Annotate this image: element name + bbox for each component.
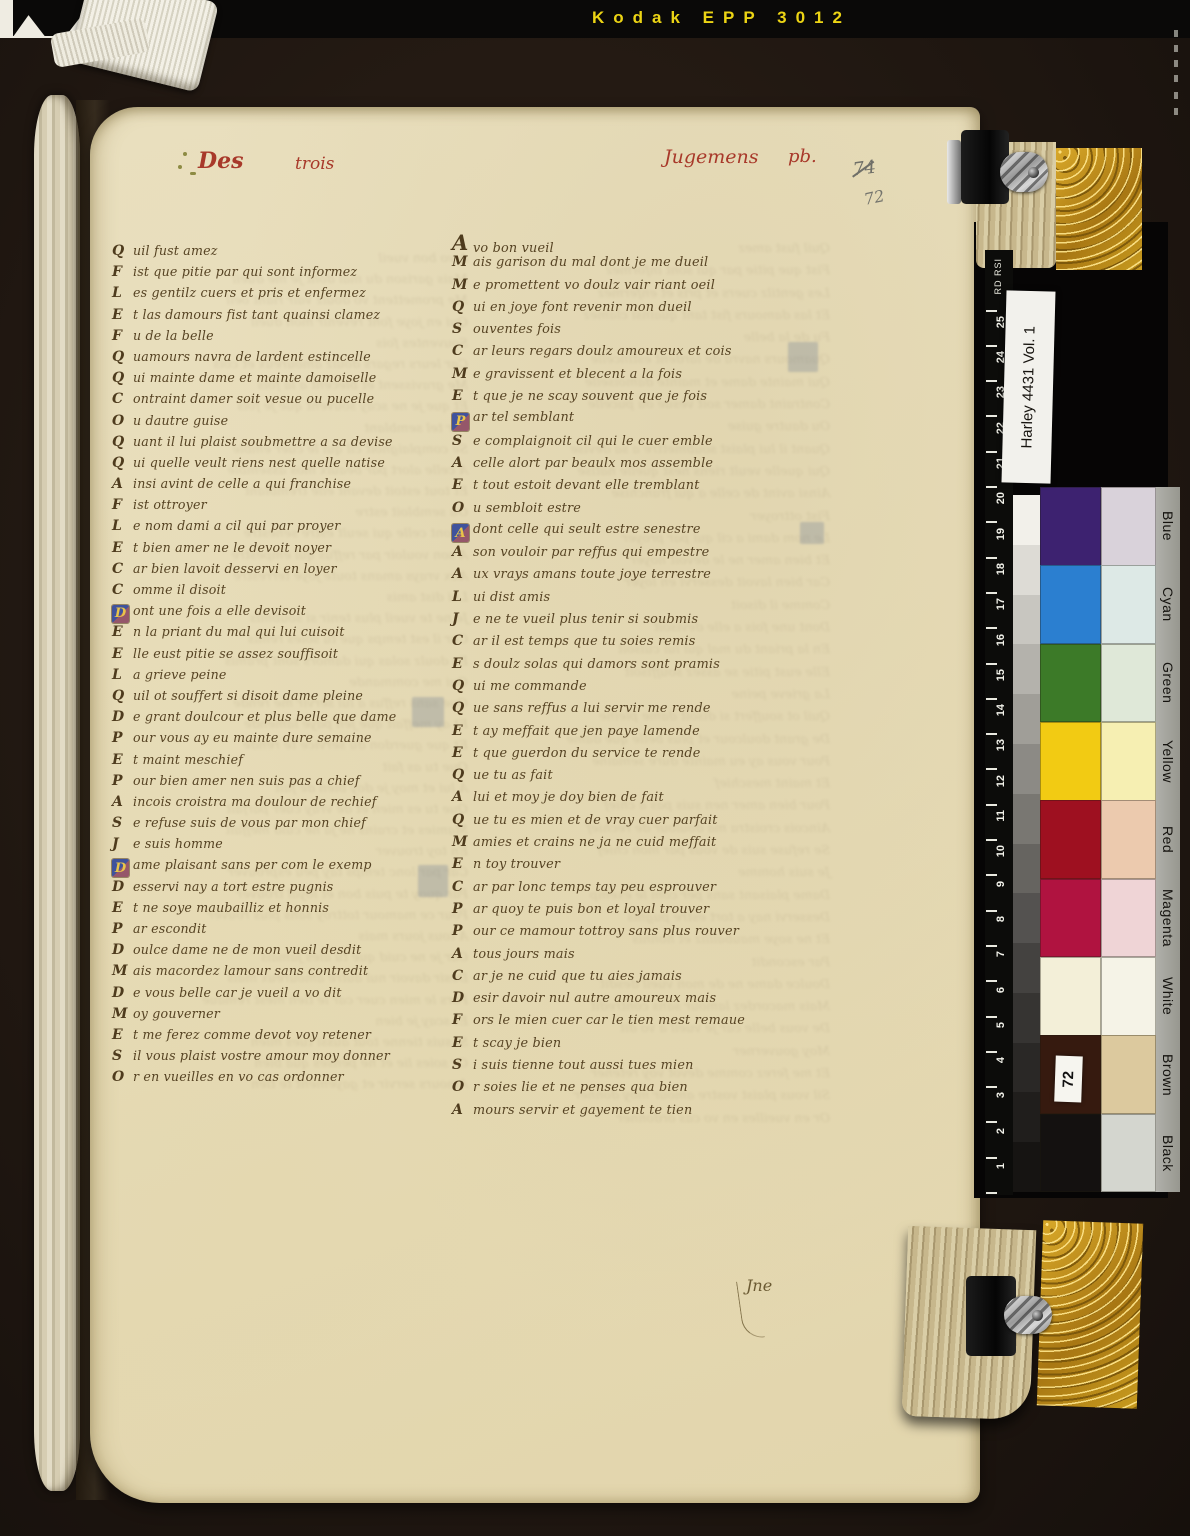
ruler-number: 8 bbox=[995, 916, 1007, 922]
manuscript-line: Elle eust pitie se assez souffisoit bbox=[112, 646, 472, 667]
manuscript-line: Par tel semblant bbox=[452, 410, 832, 432]
line-text: ist que pitie par qui sont informez bbox=[133, 264, 357, 279]
line-text: e promettent vo doulz vair riant oeil bbox=[473, 278, 715, 293]
line-text: ui en joye font revenir mon dueil bbox=[473, 300, 692, 315]
ruler-number: 13 bbox=[995, 739, 1007, 751]
ruler-number: 16 bbox=[995, 634, 1007, 646]
line-text: ais macordez lamour sans contredit bbox=[133, 963, 368, 978]
color-patch-pale-red bbox=[1101, 800, 1156, 879]
line-initial: F bbox=[112, 497, 133, 513]
manuscript-line: Car par lonc temps tay peu esprouver bbox=[452, 879, 832, 901]
line-initial: Q bbox=[452, 812, 473, 828]
pen-trial-dot bbox=[183, 152, 187, 156]
color-label-brown: Brown bbox=[1156, 1035, 1180, 1114]
line-text: t las damours fist tant quainsi clamez bbox=[133, 307, 380, 322]
line-initial: A bbox=[452, 544, 473, 560]
line-text: u sembloit estre bbox=[473, 501, 581, 516]
color-patch-solid-red bbox=[1040, 800, 1101, 879]
ruler-number: 20 bbox=[995, 492, 1007, 504]
line-initial: F bbox=[112, 328, 133, 344]
pen-trial-dot bbox=[190, 172, 196, 175]
line-initial: E bbox=[112, 646, 133, 662]
line-text: e nom dami a cil qui par proyer bbox=[133, 518, 341, 533]
color-patch-solid-cyan bbox=[1040, 565, 1101, 644]
color-chart-label-column: BlueCyanGreenYellowRedMagentaWhiteBrownB… bbox=[1156, 487, 1180, 1192]
line-text: ar bien lavoit desservi en loyer bbox=[133, 561, 337, 576]
ruler-tick bbox=[986, 627, 997, 629]
line-initial: Q bbox=[112, 434, 133, 450]
grayscale-step bbox=[1013, 495, 1040, 545]
color-label-green: Green bbox=[1156, 644, 1180, 723]
manuscript-line: Et que guerdon du service te rende bbox=[452, 745, 832, 767]
line-initial: P bbox=[112, 921, 133, 937]
grayscale-step bbox=[1013, 1092, 1040, 1142]
line-initial: C bbox=[112, 582, 133, 598]
line-initial: Q bbox=[112, 243, 133, 259]
line-initial: P bbox=[112, 730, 133, 746]
manuscript-line: Et maint meschief bbox=[112, 752, 472, 773]
line-initial: Q bbox=[112, 349, 133, 365]
color-patch-pale-cyan bbox=[1101, 565, 1156, 644]
line-text: n toy trouver bbox=[473, 857, 560, 872]
text-column-left: Quil fust amezFist que pitie par qui son… bbox=[112, 243, 472, 1091]
line-text: oy gouverner bbox=[133, 1006, 220, 1021]
line-initial: M bbox=[452, 254, 473, 270]
line-text: uant il lui plaist soubmettre a sa devis… bbox=[133, 434, 393, 449]
color-patch-pale-magenta bbox=[1101, 879, 1156, 958]
line-initial: J bbox=[452, 611, 473, 627]
line-initial: S bbox=[452, 321, 473, 337]
line-initial: D bbox=[112, 709, 133, 725]
ruler-tick bbox=[986, 486, 997, 488]
color-label-yellow: Yellow bbox=[1156, 722, 1180, 801]
line-initial: M bbox=[112, 963, 133, 979]
line-initial: A bbox=[452, 566, 473, 582]
line-text: ist ottroyer bbox=[133, 497, 207, 512]
manuscript-line: Je ne te vueil plus tenir si soubmis bbox=[452, 611, 832, 633]
line-text: e vous belle car je vueil a vo dit bbox=[133, 985, 342, 1000]
line-text: oulce dame ne de mon vueil desdit bbox=[133, 942, 361, 957]
manuscript-line: A lui et moy je doy bien de fait bbox=[452, 789, 832, 811]
manuscript-line: Les gentilz cuers et pris et enfermez bbox=[112, 285, 472, 306]
line-initial: E bbox=[112, 540, 133, 556]
color-label-text: Magenta bbox=[1160, 889, 1176, 947]
manuscript-line: Sil vous plaist vostre amour moy donner bbox=[112, 1048, 472, 1069]
manuscript-line: Et me ferez comme devot voy retener bbox=[112, 1027, 472, 1048]
line-text: t scay je bien bbox=[473, 1036, 561, 1051]
line-initial: Q bbox=[112, 688, 133, 704]
line-initial: C bbox=[112, 391, 133, 407]
running-title-left-2: trois bbox=[295, 154, 334, 174]
manuscript-line: Pour bien amer nen suis pas a chief bbox=[112, 773, 472, 794]
line-initial: D bbox=[452, 990, 473, 1006]
line-text: e gravissent et blecent a la fois bbox=[473, 367, 682, 382]
line-text: t bien amer ne le devoit noyer bbox=[133, 540, 331, 555]
manuscript-line: Se refuse suis de vous par mon chief bbox=[112, 815, 472, 836]
line-text: t ay meffait que jen paye lamende bbox=[473, 724, 700, 739]
manuscript-line: Adont celle qui seult estre senestre bbox=[452, 522, 832, 544]
line-initial: E bbox=[452, 656, 473, 672]
line-text: ue tu es mien et de vray cuer parfait bbox=[473, 813, 718, 828]
ruler-tick bbox=[986, 1157, 997, 1159]
manuscript-line: A vo bon vueil bbox=[452, 232, 832, 254]
grayscale-strip bbox=[1013, 495, 1040, 1192]
line-initial: E bbox=[452, 477, 473, 493]
line-initial: E bbox=[452, 388, 473, 404]
manuscript-line: Car il est temps que tu soies remis bbox=[452, 633, 832, 655]
manuscript-line: A tous jours mais bbox=[452, 946, 832, 968]
line-initial: M bbox=[452, 277, 473, 293]
manuscript-line: Desir davoir nul autre amoureux mais bbox=[452, 990, 832, 1012]
line-text: dont celle qui seult estre senestre bbox=[473, 522, 701, 537]
line-text: ui me commande bbox=[473, 679, 587, 694]
manuscript-line: Aincois croistra ma doulour de rechief bbox=[112, 794, 472, 815]
color-label-black: Black bbox=[1156, 1114, 1180, 1193]
line-initial: S bbox=[112, 1048, 133, 1064]
manuscript-line: Quant il lui plaist soubmettre a sa devi… bbox=[112, 434, 472, 455]
line-initial: A bbox=[452, 789, 473, 805]
line-text: our vous ay eu mainte dure semaine bbox=[133, 730, 372, 745]
color-patch-solid-black bbox=[1040, 1114, 1101, 1193]
ruler-tick bbox=[986, 1016, 997, 1018]
line-initial: O bbox=[452, 1079, 473, 1095]
manuscript-line: Que sans reffus a lui servir me rende bbox=[452, 700, 832, 722]
color-label-text: Green bbox=[1160, 662, 1176, 703]
grayscale-step bbox=[1013, 595, 1040, 645]
line-initial: Q bbox=[112, 455, 133, 471]
line-text: uamours navra de lardent estincelle bbox=[133, 349, 371, 364]
running-title-quire-mark: pb. bbox=[788, 146, 817, 167]
line-text: e suis homme bbox=[133, 836, 223, 851]
line-text: n la priant du mal qui lui cuisoit bbox=[133, 624, 345, 639]
manuscript-line: Me gravissent et blecent a la fois bbox=[452, 366, 832, 388]
ruler-number: 11 bbox=[995, 810, 1007, 822]
line-text: ue tu as fait bbox=[473, 768, 553, 783]
line-initial: Q bbox=[112, 370, 133, 386]
line-initial: P bbox=[452, 901, 473, 917]
manuscript-line: Desservi nay a tort estre pugnis bbox=[112, 879, 472, 900]
manuscript-line: Que tu es mien et de vray cuer parfait bbox=[452, 812, 832, 834]
grayscale-step bbox=[1013, 545, 1040, 595]
ruler-number: 5 bbox=[995, 1022, 1007, 1028]
color-label-magenta: Magenta bbox=[1156, 879, 1180, 958]
color-label-blue: Blue bbox=[1156, 487, 1180, 566]
manuscript-line: Et scay je bien bbox=[452, 1035, 832, 1057]
illuminated-initial: P bbox=[452, 413, 469, 431]
line-text: s doulz solas qui damors sont pramis bbox=[473, 657, 720, 672]
manuscript-line: Mais garison du mal dont je me dueil bbox=[452, 254, 832, 276]
illuminated-initial: A bbox=[452, 524, 469, 542]
manuscript-line: Qui me commande bbox=[452, 678, 832, 700]
line-text: i suis tienne tout aussi tues mien bbox=[473, 1058, 694, 1073]
color-patch-solid-white bbox=[1040, 957, 1101, 1036]
film-edge-mark bbox=[1174, 108, 1178, 115]
line-initial: E bbox=[452, 745, 473, 761]
line-text: incois croistra ma doulour de rechief bbox=[133, 794, 377, 809]
text-column-right: A vo bon vueilMais garison du mal dont j… bbox=[452, 232, 832, 1124]
manuscript-line: Que tu as fait bbox=[452, 767, 832, 789]
ruler-number: 18 bbox=[995, 563, 1007, 575]
ruler-tick bbox=[986, 1121, 997, 1123]
ruler-number: 2 bbox=[995, 1128, 1007, 1134]
manuscript-line: Car leurs regars doulz amoureux et cois bbox=[452, 343, 832, 365]
ruler-tick bbox=[986, 980, 997, 982]
color-label-text: Brown bbox=[1160, 1054, 1176, 1096]
ruler-tick bbox=[986, 910, 997, 912]
line-initial: O bbox=[452, 500, 473, 516]
grayscale-step bbox=[1013, 1043, 1040, 1093]
manuscript-line: Par escondit bbox=[112, 921, 472, 942]
line-text: son vouloir par reffus qui empestre bbox=[473, 545, 709, 560]
manuscript-line: Si suis tienne tout aussi tues mien bbox=[452, 1057, 832, 1079]
line-text: our bien amer nen suis pas a chief bbox=[133, 773, 360, 788]
ruler-number: 19 bbox=[995, 528, 1007, 540]
line-text: ors le mien cuer car le tien mest remaue bbox=[473, 1013, 745, 1028]
manuscript-line: Et tout estoit devant elle tremblant bbox=[452, 477, 832, 499]
ruler-tick bbox=[986, 592, 997, 594]
manuscript-line: Souventes fois bbox=[452, 321, 832, 343]
color-patch-pale-green bbox=[1101, 644, 1156, 723]
ruler-tick bbox=[986, 698, 997, 700]
line-initial: A bbox=[452, 1102, 473, 1118]
grayscale-step bbox=[1013, 943, 1040, 993]
catchword: Jne bbox=[746, 1276, 772, 1295]
ruler-tick bbox=[986, 839, 997, 841]
grayscale-step bbox=[1013, 744, 1040, 794]
manuscript-line: Qui en joye font revenir mon dueil bbox=[452, 299, 832, 321]
line-initial: D bbox=[112, 942, 133, 958]
line-text: ar leurs regars doulz amoureux et cois bbox=[473, 344, 732, 359]
manuscript-line: Aux vrays amans toute joye terrestre bbox=[452, 566, 832, 588]
line-text: t ne soye maubailliz et honnis bbox=[133, 900, 329, 915]
line-text: ame plaisant sans per com le exemp bbox=[133, 857, 372, 872]
line-initial: E bbox=[112, 752, 133, 768]
line-text: lle eust pitie se assez souffisoit bbox=[133, 646, 338, 661]
manuscript-line: Pour ce mamour tottroy sans plus rouver bbox=[452, 923, 832, 945]
line-initial: Q bbox=[452, 299, 473, 315]
film-edge-mark bbox=[1174, 60, 1178, 67]
ruler-tick bbox=[986, 768, 997, 770]
line-initial: M bbox=[112, 1006, 133, 1022]
manuscript-line: Fist ottroyer bbox=[112, 497, 472, 518]
ruler-tick bbox=[986, 1051, 997, 1053]
line-initial: P bbox=[452, 923, 473, 939]
color-label-text: Black bbox=[1160, 1135, 1176, 1172]
manuscript-line: Mamies et crains ne ja ne cuid meffait bbox=[452, 834, 832, 856]
manuscript-line: Or soies lie et ne penses qua bien bbox=[452, 1079, 832, 1101]
line-initial: L bbox=[112, 285, 133, 301]
ruler-tick bbox=[986, 521, 997, 523]
grayscale-step bbox=[1013, 1142, 1040, 1192]
manuscript-line: A celle alort par beaulx mos assemble bbox=[452, 455, 832, 477]
manuscript-line: Comme il disoit bbox=[112, 582, 472, 603]
line-initial: C bbox=[452, 968, 473, 984]
line-text: tous jours mais bbox=[473, 947, 575, 962]
line-initial: L bbox=[452, 589, 473, 605]
line-initial: A bbox=[452, 946, 473, 962]
color-label-text: Yellow bbox=[1160, 740, 1176, 783]
line-text: ar tel semblant bbox=[473, 410, 574, 425]
ruler-number: 6 bbox=[995, 987, 1007, 993]
ruler-number: 12 bbox=[995, 775, 1007, 787]
line-text: e grant doulcour et plus belle que dame bbox=[133, 709, 396, 724]
manuscript-line: Par quoy te puis bon et loyal trouver bbox=[452, 901, 832, 923]
line-text: omme il disoit bbox=[133, 582, 226, 597]
line-text: ontraint damer soit vesue ou pucelle bbox=[133, 391, 374, 406]
binder-clip-top-clasp bbox=[1000, 152, 1048, 192]
color-patch-pale-white bbox=[1101, 957, 1156, 1036]
color-patch-solid-magenta bbox=[1040, 879, 1101, 958]
color-patch-solid-green bbox=[1040, 644, 1101, 723]
manuscript-line: De vous belle car je vueil a vo dit bbox=[112, 985, 472, 1006]
line-initial: S bbox=[112, 815, 133, 831]
line-initial: L bbox=[112, 667, 133, 683]
manuscript-line: Dame plaisant sans per com le exemp bbox=[112, 857, 472, 878]
line-text: uil ot souffert si disoit dame pleine bbox=[133, 688, 363, 703]
line-initial: S bbox=[452, 433, 473, 449]
line-initial: M bbox=[452, 834, 473, 850]
manuscript-line: Qui mainte dame et mainte damoiselle bbox=[112, 370, 472, 391]
line-initial: E bbox=[452, 856, 473, 872]
line-text: t me ferez comme devot voy retener bbox=[133, 1027, 371, 1042]
ruler-tick bbox=[986, 451, 997, 453]
shelfmark-label: Harley 4431 Vol. 1 bbox=[1001, 290, 1055, 483]
line-text: esservi nay a tort estre pugnis bbox=[133, 879, 333, 894]
manuscript-line: Fu de la belle bbox=[112, 328, 472, 349]
line-text: t maint meschief bbox=[133, 752, 243, 767]
manuscript-line: Qui quelle veult riens nest quelle natis… bbox=[112, 455, 472, 476]
running-title-left: Des bbox=[198, 148, 243, 174]
line-text: ar quoy te puis bon et loyal trouver bbox=[473, 902, 709, 917]
line-text: ui mainte dame et mainte damoiselle bbox=[133, 370, 376, 385]
ruler-tick bbox=[986, 733, 997, 735]
color-label-text: Red bbox=[1160, 826, 1176, 853]
line-initial: P bbox=[112, 773, 133, 789]
color-label-text: Blue bbox=[1160, 511, 1176, 541]
line-text: r soies lie et ne penses qua bien bbox=[473, 1080, 688, 1095]
manuscript-line: Pour vous ay eu mainte dure semaine bbox=[112, 730, 472, 751]
manuscript-line: Or en vueilles en vo cas ordonner bbox=[112, 1069, 472, 1090]
gilded-fore-edge-bottom bbox=[1037, 1220, 1143, 1408]
manuscript-line: La grieve peine bbox=[112, 667, 472, 688]
ruler-number: 7 bbox=[995, 951, 1007, 957]
ruler-number: 3 bbox=[995, 1092, 1007, 1098]
manuscript-line: Ou dautre guise bbox=[112, 413, 472, 434]
line-text: e refuse suis de vous par mon chief bbox=[133, 815, 366, 830]
color-label-text: White bbox=[1160, 977, 1176, 1015]
folio-number-old-pencil: 74 bbox=[852, 157, 878, 181]
folio-sticker: 72 bbox=[1054, 1056, 1083, 1103]
line-initial: D bbox=[112, 879, 133, 895]
manuscript-line: Ou sembloit estre bbox=[452, 500, 832, 522]
line-initial: C bbox=[452, 343, 473, 359]
manuscript-line: Amours servir et gayement te tien bbox=[452, 1102, 832, 1124]
manuscript-line: Contraint damer soit vesue ou pucelle bbox=[112, 391, 472, 412]
manuscript-line: Quamours navra de lardent estincelle bbox=[112, 349, 472, 370]
line-initial: E bbox=[112, 624, 133, 640]
ruler-tick bbox=[986, 380, 997, 382]
manuscript-line: Car je ne cuid que tu aies jamais bbox=[452, 968, 832, 990]
ruler-number: 10 bbox=[995, 845, 1007, 857]
ruler-tick bbox=[986, 1192, 997, 1194]
color-patch-pale-black bbox=[1101, 1114, 1156, 1193]
ruler-number: 15 bbox=[995, 669, 1007, 681]
ruler-number: 14 bbox=[995, 704, 1007, 716]
line-text: ar je ne cuid que tu aies jamais bbox=[473, 969, 682, 984]
line-initial: D bbox=[112, 985, 133, 1001]
color-label-red: Red bbox=[1156, 800, 1180, 879]
line-initial: O bbox=[112, 413, 133, 429]
manuscript-line: En toy trouver bbox=[452, 856, 832, 878]
manuscript-line: Mais macordez lamour sans contredit bbox=[112, 963, 472, 984]
ruler-tick bbox=[986, 663, 997, 665]
line-text: ar escondit bbox=[133, 921, 207, 936]
line-initial: F bbox=[112, 264, 133, 280]
manuscript-line: Moy gouverner bbox=[112, 1006, 472, 1027]
manuscript-line: Et que je ne scay souvent que je fois bbox=[452, 388, 832, 410]
grayscale-step bbox=[1013, 694, 1040, 744]
film-edge-mark bbox=[1174, 75, 1178, 82]
line-text: t que je ne scay souvent que je fois bbox=[473, 389, 707, 404]
gilded-fore-edge-top bbox=[1056, 148, 1142, 270]
line-text: lui et moy je doy bien de fait bbox=[473, 790, 664, 805]
ruler-number: 4 bbox=[995, 1057, 1007, 1063]
manuscript-line: Ainsi avint de celle a qui franchise bbox=[112, 476, 472, 497]
binder-clip-bar bbox=[947, 140, 961, 204]
line-initial: E bbox=[452, 1035, 473, 1051]
line-initial: E bbox=[112, 307, 133, 323]
line-text: il vous plaist vostre amour moy donner bbox=[133, 1048, 390, 1063]
line-text: t tout estoit devant elle tremblant bbox=[473, 478, 700, 493]
ruler-tick bbox=[986, 874, 997, 876]
ruler-tick bbox=[986, 415, 997, 417]
line-text: insi avint de celle a qui franchise bbox=[133, 476, 351, 491]
line-text: ux vrays amans toute joye terrestre bbox=[473, 567, 711, 582]
grayscale-step bbox=[1013, 644, 1040, 694]
line-text: ais garison du mal dont je me dueil bbox=[473, 255, 708, 270]
manuscript-line: De grant doulcour et plus belle que dame bbox=[112, 709, 472, 730]
film-edge-mark bbox=[1174, 45, 1178, 52]
line-initial: A bbox=[112, 476, 133, 492]
line-initial: M bbox=[452, 366, 473, 382]
manuscript-line: Et bien amer ne le devoit noyer bbox=[112, 540, 472, 561]
line-text: ui quelle veult riens nest quelle natise bbox=[133, 455, 385, 470]
pen-trial-dot bbox=[178, 165, 182, 169]
grayscale-step bbox=[1013, 794, 1040, 844]
line-text: amies et crains ne ja ne cuid meffait bbox=[473, 835, 716, 850]
color-patch-solid-blue bbox=[1040, 487, 1101, 566]
color-patch-pale-blue bbox=[1101, 487, 1156, 566]
manuscript-line: Es doulz solas qui damors sont pramis bbox=[452, 656, 832, 678]
ruler-tick bbox=[986, 804, 997, 806]
line-text: ar par lonc temps tay peu esprouver bbox=[473, 880, 716, 895]
ruler-tick bbox=[986, 1086, 997, 1088]
manuscript-line: Je suis homme bbox=[112, 836, 472, 857]
manuscript-line: Et las damours fist tant quainsi clamez bbox=[112, 307, 472, 328]
manuscript-line: Et ay meffait que jen paye lamende bbox=[452, 723, 832, 745]
ruler-number: 1 bbox=[995, 1163, 1007, 1169]
grayscale-step bbox=[1013, 893, 1040, 943]
grayscale-step bbox=[1013, 993, 1040, 1043]
line-initial: A bbox=[452, 230, 473, 255]
line-text: vo bon vueil bbox=[473, 241, 554, 256]
line-text: e complaignoit cil qui le cuer emble bbox=[473, 434, 713, 449]
line-initial: E bbox=[452, 723, 473, 739]
ruler-tick bbox=[986, 310, 997, 312]
line-initial: A bbox=[452, 455, 473, 471]
line-text: u dautre guise bbox=[133, 413, 228, 428]
line-text: a grieve peine bbox=[133, 667, 227, 682]
